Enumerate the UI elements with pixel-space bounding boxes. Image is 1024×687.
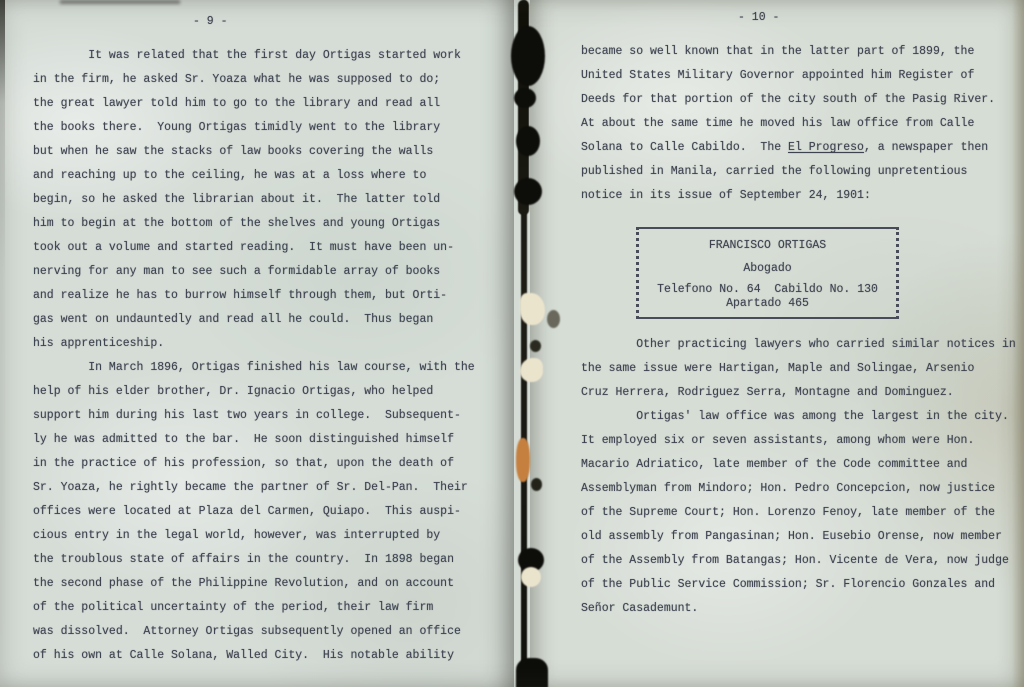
scanned-book-spread: - 9 - It was related that the first day … [0, 0, 1024, 687]
scan-vignette [0, 0, 1024, 687]
